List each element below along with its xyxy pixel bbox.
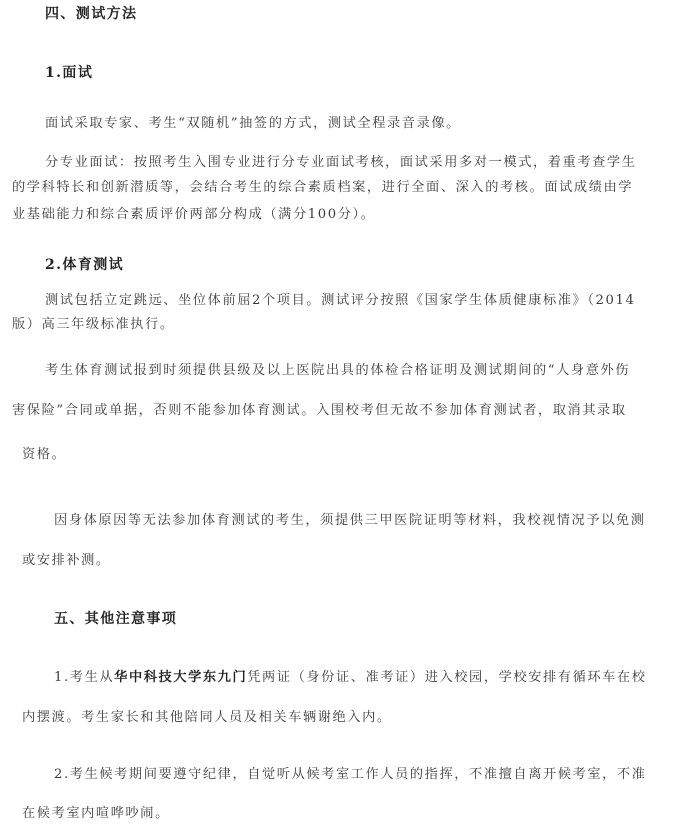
section-heading-test-methods: 四、测试方法	[45, 5, 137, 23]
paragraph-line: 害保险”合同或单据，否则不能参加体育测试。入围校考但无故不参加体育测试者，取消其…	[12, 402, 627, 420]
paragraph-line: 业基础能力和综合素质评价两部分构成（满分100分）。	[12, 206, 375, 224]
note-item-1-line-1: 1.考生从华中科技大学东九门凭两证（身份证、准考证）进入校园，学校安排有循环车在…	[54, 669, 647, 687]
paragraph-line: 面试采取专家、考生“双随机”抽签的方式，测试全程录音录像。	[45, 115, 461, 133]
paragraph-line: 或安排补测。	[22, 552, 111, 570]
note-prefix: 1.考生从	[54, 670, 114, 685]
note-item-2-line-2: 在候考室内喧哗吵闹。	[22, 805, 170, 823]
subsection-title-physical-test: 2.体育测试	[45, 256, 124, 274]
note-rest: 凭两证（身份证、准考证）进入校园，学校安排有循环车在校	[247, 670, 646, 685]
note-item-2-line-1: 2.考生候考期间要遵守纪律，自觉听从候考室工作人员的指挥，不准擅自离开候考室，不…	[54, 766, 647, 784]
paragraph-line: 测试包括立定跳远、坐位体前屈2个项目。测试评分按照《国家学生体质健康标准》（20…	[45, 292, 636, 310]
paragraph-line: 因身体原因等无法参加体育测试的考生，须提供三甲医院证明等材料，我校视情况予以免测	[54, 512, 646, 530]
section-heading-other-notes: 五、其他注意事项	[54, 610, 177, 628]
note-item-1-line-2: 内摆渡。考生家长和其他陪同人员及相关车辆谢绝入内。	[22, 709, 392, 727]
paragraph-line: 分专业面试：按照考生入围专业进行分专业面试考核，面试采用多对一模式，着重考查学生	[45, 154, 637, 172]
paragraph-line: 考生体育测试报到时须提供县级及以上医院出具的体检合格证明及测试期间的“人身意外伤	[45, 362, 630, 380]
subsection-title-interview: 1.面试	[45, 64, 93, 82]
gate-location: 华中科技大学东九门	[114, 670, 247, 685]
paragraph-line: 的学科特长和创新潜质等，会结合考生的综合素质档案，进行全面、深入的考核。面试成绩…	[12, 179, 633, 197]
paragraph-line: 版）高三年级标准执行。	[12, 316, 175, 334]
paragraph-line: 资格。	[22, 446, 66, 464]
